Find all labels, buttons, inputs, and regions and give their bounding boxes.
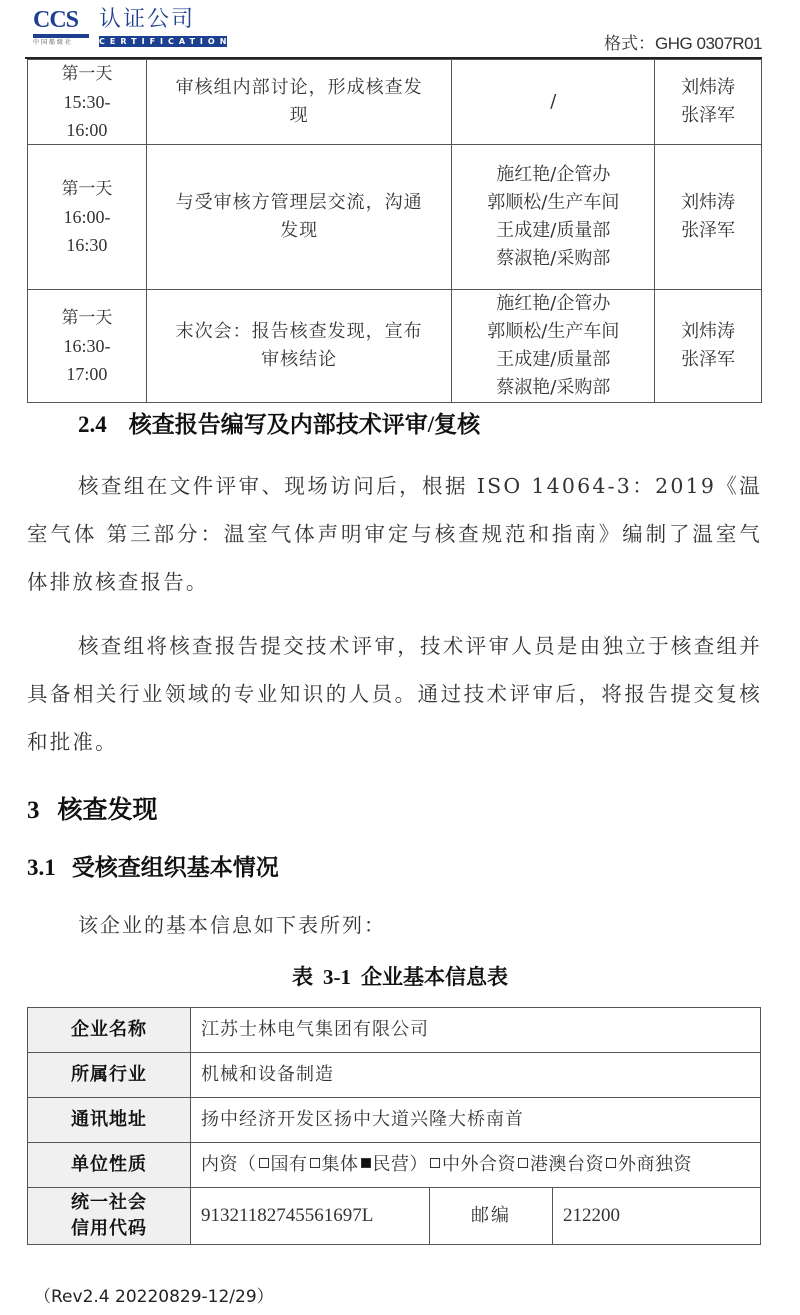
- table-row: 单位性质 内资（国有集体民营）中外合资港澳台资外商独资: [28, 1143, 761, 1188]
- table-row: 第一天 16:00- 16:30 与受审核方管理层交流，沟通 发现 施红艳/企管…: [28, 145, 762, 290]
- section-2-4-heading: 2.4核查报告编写及内部技术评审/复核: [78, 410, 480, 440]
- table-row: 所属行业 机械和设备制造: [28, 1053, 761, 1098]
- industry-value: 机械和设备制造: [191, 1053, 761, 1098]
- section-3-1-intro: 该企业的基本信息如下表所列：: [78, 910, 386, 940]
- paragraph-technical-review: 核查组将核查报告提交技术评审，技术评审人员是由独立于核查组并具备相关行业领域的专…: [27, 622, 762, 766]
- activity-cell: 与受审核方管理层交流，沟通 发现: [146, 145, 452, 290]
- section-title: 核查报告编写及内部技术评审/复核: [129, 412, 480, 437]
- section-3-heading: 3核查发现: [27, 795, 158, 827]
- section-title: 受核查组织基本情况: [72, 855, 279, 880]
- table-row: 通讯地址 扬中经济开发区扬中大道兴隆大桥南首: [28, 1098, 761, 1143]
- company-name-label: 企业名称: [28, 1008, 191, 1053]
- company-name-value: 江苏士林电气集团有限公司: [191, 1008, 761, 1053]
- auditors-cell: 刘炜涛 张泽军: [655, 60, 762, 145]
- table-row: 统一社会 信用代码 91321182745561697L 邮编 212200: [28, 1188, 761, 1245]
- table-row: 第一天 15:30- 16:00 审核组内部讨论，形成核查发 现 / 刘炜涛 张…: [28, 60, 762, 145]
- address-label: 通讯地址: [28, 1098, 191, 1143]
- time-cell: 第一天 16:00- 16:30: [28, 145, 147, 290]
- ccs-logo: CCS 中国船级社 认证公司 CERTIFICATION: [33, 7, 233, 47]
- checkbox-sino-foreign: [430, 1158, 440, 1168]
- logo-company-cn: 认证公司: [99, 7, 195, 33]
- table-row: 第一天 16:30- 17:00 末次会：报告核查发现，宣布 审核结论 施红艳/…: [28, 290, 762, 403]
- logo-ccs-text: CCS: [33, 7, 78, 33]
- format-code: 格式：GHG 0307R01: [604, 33, 762, 55]
- time-cell: 第一天 15:30- 16:00: [28, 60, 147, 145]
- participants-cell: /: [452, 60, 655, 145]
- checkbox-wholly-foreign: [606, 1158, 616, 1168]
- logo-certification: CERTIFICATION: [99, 36, 227, 47]
- checkbox-state-owned: [259, 1158, 269, 1168]
- logo-bar: [33, 34, 89, 38]
- participants-cell: 施红艳/企管办 郭顺松/生产车间 王成建/质量部 蔡淑艳/采购部: [452, 290, 655, 403]
- checkbox-collective: [310, 1158, 320, 1168]
- format-value: GHG 0307R01: [655, 34, 762, 53]
- industry-label: 所属行业: [28, 1053, 191, 1098]
- nature-label: 单位性质: [28, 1143, 191, 1188]
- participants-cell: 施红艳/企管办 郭顺松/生产车间 王成建/质量部 蔡淑艳/采购部: [452, 145, 655, 290]
- postcode-value: 212200: [553, 1188, 761, 1245]
- address-value: 扬中经济开发区扬中大道兴隆大桥南首: [191, 1098, 761, 1143]
- table-caption: 表3-1企业基本信息表: [0, 962, 800, 992]
- schedule-table: 第一天 15:30- 16:00 审核组内部讨论，形成核查发 现 / 刘炜涛 张…: [27, 59, 762, 403]
- nature-value: 内资（国有集体民营）中外合资港澳台资外商独资: [191, 1143, 761, 1188]
- paragraph-report-writing: 核查组在文件评审、现场访问后，根据 ISO 14064-3：2019《温室气体 …: [27, 462, 762, 606]
- section-number: 3: [27, 797, 40, 824]
- section-number: 2.4: [78, 412, 107, 437]
- logo-small-cn: 中国船级社: [33, 39, 73, 47]
- page-footer: （Rev2.4 20220829-12/29）: [34, 1286, 274, 1308]
- section-number: 3.1: [27, 855, 56, 880]
- auditors-cell: 刘炜涛 张泽军: [655, 290, 762, 403]
- table-row: 企业名称 江苏士林电气集团有限公司: [28, 1008, 761, 1053]
- checkbox-hk-macao-taiwan: [518, 1158, 528, 1168]
- activity-cell: 审核组内部讨论，形成核查发 现: [146, 60, 452, 145]
- postcode-label: 邮编: [430, 1188, 553, 1245]
- auditors-cell: 刘炜涛 张泽军: [655, 145, 762, 290]
- time-cell: 第一天 16:30- 17:00: [28, 290, 147, 403]
- section-title: 核查发现: [58, 797, 158, 824]
- activity-cell: 末次会：报告核查发现，宣布 审核结论: [146, 290, 452, 403]
- section-3-1-heading: 3.1受核查组织基本情况: [27, 852, 279, 884]
- format-label: 格式：: [604, 34, 655, 54]
- credit-code-label: 统一社会 信用代码: [28, 1188, 191, 1245]
- checkbox-private-checked: [361, 1158, 371, 1168]
- credit-code-value: 91321182745561697L: [191, 1188, 430, 1245]
- company-info-table: 企业名称 江苏士林电气集团有限公司 所属行业 机械和设备制造 通讯地址 扬中经济…: [27, 1007, 761, 1245]
